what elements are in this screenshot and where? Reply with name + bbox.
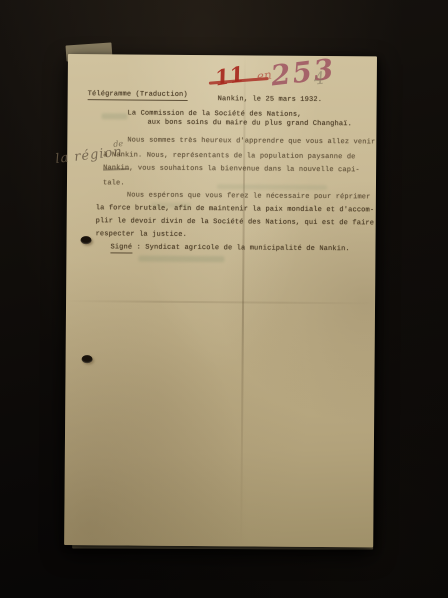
handwritten-crossed-number: 11 bbox=[213, 61, 246, 91]
handwritten-archive-number: 253 bbox=[269, 52, 337, 92]
ink-bleed-smudge bbox=[217, 184, 327, 190]
body-line-8: respecter la justice. bbox=[96, 230, 187, 239]
signature-line: Signé : Syndicat agricole de la municipa… bbox=[110, 243, 349, 253]
ink-bleed-smudge bbox=[101, 113, 127, 119]
typed-dateline: Nankin, le 25 mars 1932. bbox=[218, 95, 322, 104]
punch-hole-bottom bbox=[82, 355, 93, 363]
document-paper: 11 en 253 4 la région de Télégramme (Tra… bbox=[64, 54, 377, 547]
margin-note-superscript: de bbox=[113, 139, 124, 149]
handwritten-pencil-digit: 4 bbox=[313, 68, 326, 89]
body-line-2: à Nankin. Nous, représentants de la popu… bbox=[103, 151, 355, 161]
body-line-4: tale. bbox=[103, 179, 125, 187]
punch-hole-top bbox=[81, 236, 92, 244]
recipient-line-2: aux bons soins du maire du plus grand Ch… bbox=[147, 119, 352, 129]
recipient-line-1: La Commission de la Société des Nations, bbox=[128, 109, 302, 118]
typed-heading: Télégramme (Traduction) bbox=[88, 90, 188, 101]
signature-text: : Syndicat agricole de la municipalité d… bbox=[132, 244, 350, 254]
body-line-7: plir le devoir divin de la Société des N… bbox=[96, 217, 375, 227]
ink-bleed-smudge bbox=[138, 256, 224, 263]
body-line-6: la force brutale, afin de maintenir la p… bbox=[96, 204, 375, 214]
body-line-5: Nous espérons que vous ferez le nécessai… bbox=[127, 191, 371, 201]
horizontal-fold-crease bbox=[66, 300, 375, 304]
body-line-3: Nankin, vous souhaitons la bienvenue dan… bbox=[103, 164, 360, 174]
signature-label: Signé bbox=[110, 243, 132, 253]
photo-stage: 11 en 253 4 la région de Télégramme (Tra… bbox=[0, 0, 448, 598]
body-line-1: Nous sommes très heureux d'apprendre que… bbox=[127, 136, 375, 146]
